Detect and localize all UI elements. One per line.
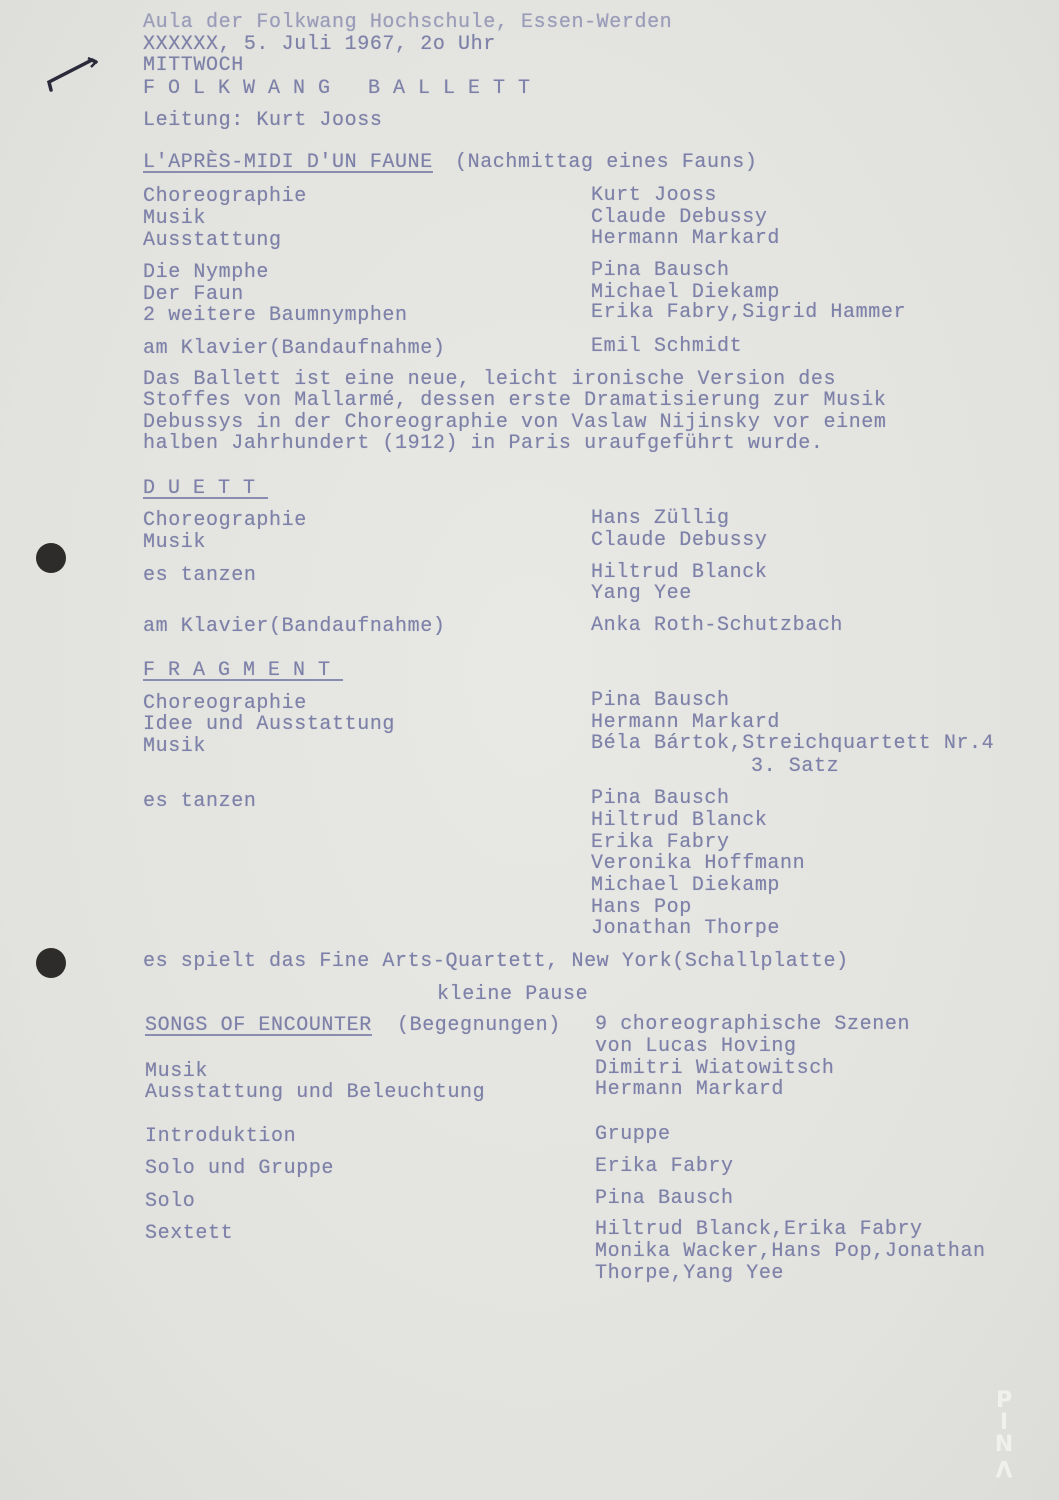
- songs-description: von Lucas Hoving: [595, 1036, 797, 1058]
- archive-watermark: P I N V: [992, 1390, 1016, 1478]
- music-note: es spielt das Fine Arts-Quartett, New Yo…: [143, 951, 849, 973]
- watermark-letter: N: [992, 1434, 1016, 1456]
- credit-role: Choreographie: [143, 510, 307, 532]
- description-line: Debussys in der Choreographie von Vaslaw…: [143, 412, 887, 434]
- description-line: halben Jahrhundert (1912) in Paris urauf…: [143, 433, 824, 455]
- dancer-name: Michael Diekamp: [591, 875, 780, 897]
- dancer-name: Erika Fabry: [591, 832, 730, 854]
- scene-title: Introduktion: [145, 1126, 296, 1148]
- credit-name: Hans Züllig: [591, 508, 730, 530]
- scene-title: Solo: [145, 1191, 195, 1213]
- scene-title: Solo und Gruppe: [145, 1158, 334, 1180]
- venue-line: Aula der Folkwang Hochschule, Essen-Werd…: [143, 12, 672, 34]
- cast-name: Pina Bausch: [591, 260, 730, 282]
- punch-hole-top: [36, 543, 66, 573]
- faune-subtitle: (Nachmittag eines Fauns): [455, 152, 757, 174]
- scene-cast: Thorpe,Yang Yee: [595, 1263, 784, 1285]
- credit-name: Dimitri Wiatowitsch: [595, 1058, 834, 1080]
- piano-role: am Klavier(Bandaufnahme): [143, 338, 445, 360]
- credit-role: Idee und Ausstattung: [143, 714, 395, 736]
- scene-cast: Monika Wacker,Hans Pop,Jonathan: [595, 1241, 986, 1263]
- scene-cast: Pina Bausch: [595, 1188, 734, 1210]
- pen-check-mark-icon: [44, 50, 104, 100]
- description-line: Das Ballett ist eine neue, leicht ironis…: [143, 369, 836, 391]
- credit-role: Musik: [143, 736, 206, 758]
- music-movement: 3. Satz: [751, 756, 839, 778]
- cast-role: Die Nymphe: [143, 262, 269, 284]
- piano-role: am Klavier(Bandaufnahme): [143, 616, 445, 638]
- credit-name: Claude Debussy: [591, 530, 767, 552]
- description-line: Stoffes von Mallarmé, dessen erste Drama…: [143, 390, 887, 412]
- scene-cast: Hiltrud Blanck,Erika Fabry: [595, 1219, 923, 1241]
- dancer-name: Yang Yee: [591, 583, 692, 605]
- scene-cast: Erika Fabry: [595, 1156, 734, 1178]
- cast-name: Erika Fabry,Sigrid Hammer: [591, 302, 906, 324]
- dancer-name: Hiltrud Blanck: [591, 810, 767, 832]
- company-title: FOLKWANG BALLETT: [143, 78, 543, 100]
- scene-cast: Gruppe: [595, 1124, 671, 1146]
- cast-role: 2 weitere Baumnymphen: [143, 305, 408, 327]
- faune-title: L'APRÈS-MIDI D'UN FAUNE: [143, 152, 433, 174]
- dancer-name: Pina Bausch: [591, 788, 730, 810]
- dancers-label: es tanzen: [143, 791, 256, 813]
- credit-name: Hermann Markard: [595, 1079, 784, 1101]
- piano-name: Anka Roth-Schutzbach: [591, 615, 843, 637]
- credit-role: Choreographie: [143, 693, 307, 715]
- dancers-label: es tanzen: [143, 565, 256, 587]
- credit-role: Musik: [143, 208, 206, 230]
- watermark-letter: P: [992, 1390, 1016, 1412]
- credit-name: Hermann Markard: [591, 228, 780, 250]
- credit-role: Musik: [145, 1061, 208, 1083]
- songs-description: 9 choreographische Szenen: [595, 1014, 910, 1036]
- direction-line: Leitung: Kurt Jooss: [143, 110, 382, 132]
- credit-role: Choreographie: [143, 186, 307, 208]
- date-line: XXXXXX, 5. Juli 1967, 2o Uhr: [143, 34, 496, 56]
- credit-role: Ausstattung: [143, 230, 282, 252]
- weekday: MITTWOCH: [143, 55, 244, 77]
- credit-name: Kurt Jooss: [591, 185, 717, 207]
- dancer-name: Jonathan Thorpe: [591, 918, 780, 940]
- songs-subtitle: (Begegnungen): [397, 1015, 561, 1037]
- scene-title: Sextett: [145, 1223, 233, 1245]
- songs-title: SONGS OF ENCOUNTER: [145, 1015, 372, 1037]
- cast-role: Der Faun: [143, 284, 244, 306]
- credit-name: Claude Debussy: [591, 207, 767, 229]
- credit-name: Pina Bausch: [591, 690, 730, 712]
- dancer-name: Veronika Hoffmann: [591, 853, 805, 875]
- punch-hole-bottom: [36, 948, 66, 978]
- piano-name: Emil Schmidt: [591, 336, 742, 358]
- dancer-name: Hans Pop: [591, 897, 692, 919]
- credit-name: Hermann Markard: [591, 712, 780, 734]
- watermark-letter: I: [992, 1412, 1016, 1434]
- credit-role: Musik: [143, 532, 206, 554]
- duett-title: DUETT: [143, 478, 268, 500]
- credit-name: Béla Bártok,Streichquartett Nr.4: [591, 733, 994, 755]
- dancer-name: Hiltrud Blanck: [591, 562, 767, 584]
- credit-role: Ausstattung und Beleuchtung: [145, 1082, 485, 1104]
- intermission: kleine Pause: [437, 984, 588, 1006]
- watermark-letter: V: [992, 1456, 1016, 1478]
- fragment-title: FRAGMENT: [143, 660, 343, 682]
- document-page: Aula der Folkwang Hochschule, Essen-Werd…: [0, 0, 1059, 1500]
